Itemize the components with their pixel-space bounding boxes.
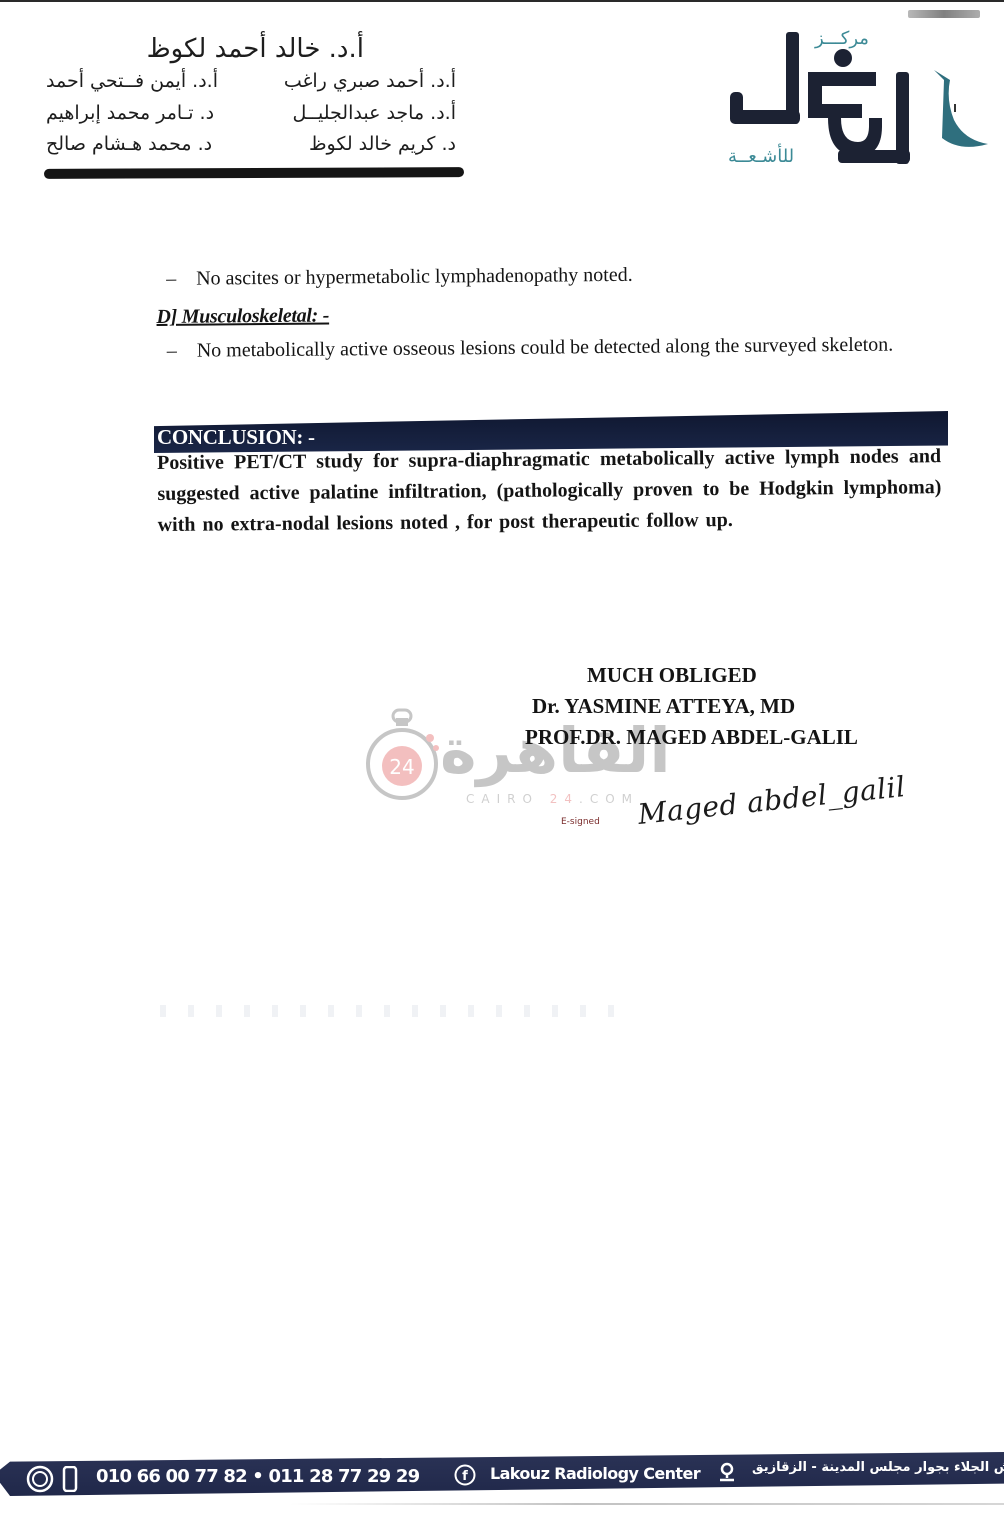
footer-facebook-name: Lakouz Radiology Center	[490, 1464, 700, 1483]
doctor-name: د. محمد هـشام صالح	[46, 133, 212, 155]
whatsapp-icon	[26, 1465, 54, 1497]
doctor-name: أ.د. أيمن فــتحي أحمد	[46, 70, 218, 92]
watermark-site: CAIRO 24.COM	[466, 792, 639, 806]
signature-block: MUCH OBLIGED Dr. YASMINE ATTEYA, MD PROF…	[520, 660, 858, 753]
scan-noise	[160, 1005, 620, 1017]
svg-text:f: f	[462, 1469, 468, 1484]
closing-text: MUCH OBLIGED	[520, 660, 858, 691]
section-heading-musculoskeletal: D] Musculoskeletal: -	[156, 295, 948, 332]
head-doctor-name: أ.د. خالد أحمد لكوظ	[147, 34, 364, 64]
conclusion-text: Positive PET/CT study for supra-diaphrag…	[157, 441, 942, 541]
location-pin-icon	[718, 1462, 736, 1488]
doctor-name: د. كريم خالد لكوظ	[309, 133, 456, 155]
svg-text:24: 24	[389, 755, 414, 779]
doctors-row: د. كريم خالد لكوظ د. محمد هـشام صالح	[46, 133, 456, 155]
mobile-phone-icon	[62, 1466, 78, 1496]
finding-bullet: No metabolically active osseous lesions …	[157, 327, 949, 368]
scan-smudge	[908, 10, 980, 18]
doctor-signatory: Dr. YASMINE ATTEYA, MD	[520, 691, 858, 722]
scan-bottom-shadow	[290, 1503, 1004, 1505]
doctors-row: أ.د. ماجد عبدالجليــل د. تـامر محمد إبرا…	[46, 102, 456, 124]
logo-crescent	[930, 60, 990, 150]
esigned-label: E-signed	[561, 817, 600, 827]
doctor-signatory: PROF.DR. MAGED ABDEL-GALIL	[520, 722, 858, 753]
header-divider	[44, 167, 464, 179]
doctors-row: أ.د. أحمد صبري راغب أ.د. أيمن فــتحي أحم…	[46, 70, 456, 92]
footer-phones: 010 66 00 77 82 • 011 28 77 29 29	[96, 1466, 419, 1487]
scan-top-edge	[0, 0, 1004, 2]
logo-bottom-text: للأشـعــة	[728, 146, 794, 167]
finding-bullet: No ascites or hypermetabolic lymphadenop…	[156, 255, 948, 296]
footer-contact-bar: 010 66 00 77 82 • 011 28 77 29 29 f Lako…	[0, 1452, 1004, 1496]
findings-section: No ascites or hypermetabolic lymphadenop…	[156, 255, 949, 368]
handwritten-signature: Maged abdel_galil	[636, 770, 907, 831]
doctor-name: أ.د. ماجد عبدالجليــل	[292, 102, 456, 124]
doctor-name: أ.د. أحمد صبري راغب	[284, 70, 456, 92]
footer-address: 40 ش الجلاء بجوار مجلس المدينة - الزقازي…	[752, 1460, 1004, 1475]
stopwatch-icon: 24	[362, 708, 442, 808]
lakouz-logo: مركـــز للأشـعــة	[720, 20, 990, 180]
facebook-icon: f	[454, 1464, 476, 1490]
doctor-name: د. تـامر محمد إبراهيم	[46, 102, 214, 124]
